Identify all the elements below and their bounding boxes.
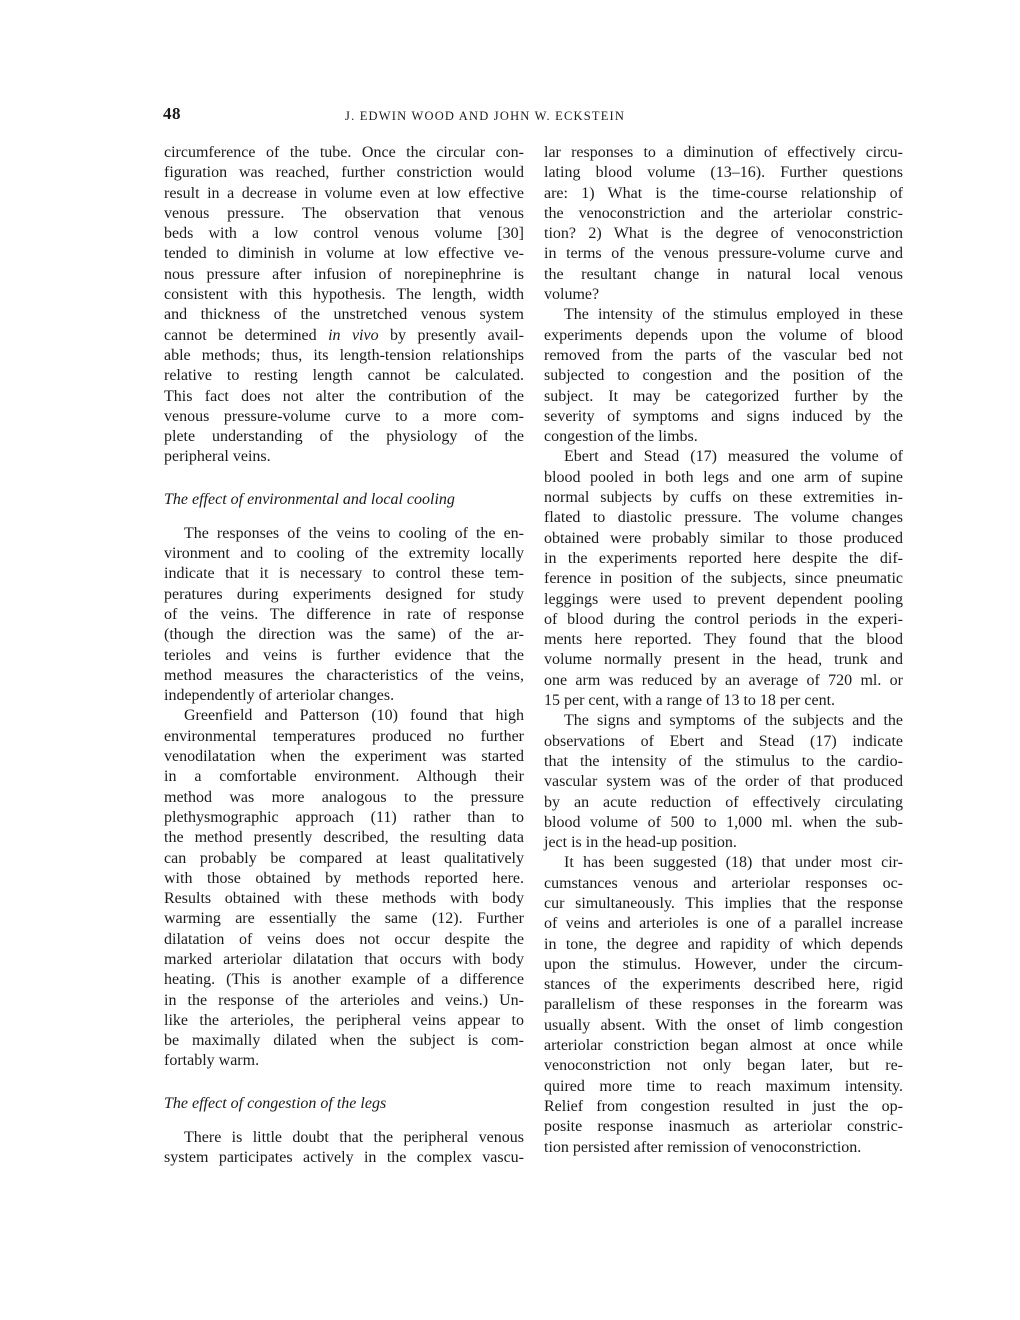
text-line: observations of Ebert and Stead (17) ind… (544, 732, 903, 752)
text-line: obtained were probably similar to those … (544, 529, 903, 549)
text-line: warming are essentially the same (12). F… (164, 909, 524, 929)
paragraph: The intensity of the stimulus employed i… (544, 305, 903, 447)
text-line: (though the direction was the same) of t… (164, 625, 524, 645)
text-line: consistent with this hypothesis. The len… (164, 285, 524, 305)
paragraph: The signs and symptoms of the subjects a… (544, 711, 903, 853)
text-line: can probably be compared at least qualit… (164, 849, 524, 869)
text-line: tended to diminish in volume at low effe… (164, 244, 524, 264)
text-line: peripheral veins. (164, 447, 524, 467)
text-line: beds with a low control venous volume [3… (164, 224, 524, 244)
text-line: method measures the characteristics of t… (164, 666, 524, 686)
text-line: usually absent. With the onset of limb c… (544, 1016, 903, 1036)
text-line: relative to resting length cannot be cal… (164, 366, 524, 386)
right-column: lar responses to a diminution of effecti… (544, 143, 903, 1158)
text-line: heating. (This is another example of a d… (164, 970, 524, 990)
text-line: congestion of the limbs. (544, 427, 903, 447)
text-line: subject. It may be categorized further b… (544, 387, 903, 407)
running-head: J. EDWIN WOOD AND JOHN W. ECKSTEIN (345, 109, 625, 124)
text-line: removed from the parts of the vascular b… (544, 346, 903, 366)
text-line: circumference of the tube. Once the circ… (164, 143, 524, 163)
text-line: blood pooled in both legs and one arm of… (544, 468, 903, 488)
text-line: normal subjects by cuffs on these extrem… (544, 488, 903, 508)
paragraph: Ebert and Stead (17) measured the volume… (544, 447, 903, 711)
text-line: are: 1) What is the time-course relation… (544, 184, 903, 204)
text-line: 15 per cent, with a range of 13 to 18 pe… (544, 691, 903, 711)
text-line: figuration was reached, further constric… (164, 163, 524, 183)
text-line: volume normally present in the head, tru… (544, 650, 903, 670)
text-line: be maximally dilated when the subject is… (164, 1031, 524, 1051)
text-line: in a comfortable environment. Although t… (164, 767, 524, 787)
text-line: Results obtained with these methods with… (164, 889, 524, 909)
page-number: 48 (163, 104, 181, 124)
text-line: This fact does not alter the contributio… (164, 387, 524, 407)
paragraph: circumference of the tube. Once the circ… (164, 143, 524, 468)
text-line: cannot be determined in vivo by presentl… (164, 326, 524, 346)
text-line: fortably warm. (164, 1051, 524, 1071)
section-heading-congestion: The effect of congestion of the legs (164, 1094, 524, 1114)
text-line: lar responses to a diminution of effecti… (544, 143, 903, 163)
text-line: tion? 2) What is the degree of venoconst… (544, 224, 903, 244)
text-line: cumstances venous and arteriolar respons… (544, 874, 903, 894)
text-line: plete understanding of the physiology of… (164, 427, 524, 447)
text-line: nous pressure after infusion of norepine… (164, 265, 524, 285)
text-line: The responses of the veins to cooling of… (164, 524, 524, 544)
text-line: posite response inasmuch as arteriolar c… (544, 1117, 903, 1137)
text-line: ference in position of the subjects, sin… (544, 569, 903, 589)
text-line: one arm was reduced by an average of 720… (544, 671, 903, 691)
text-line: upon the stimulus. However, under the ci… (544, 955, 903, 975)
text-line: lating blood volume (13–16). Further que… (544, 163, 903, 183)
section-heading-cooling: The effect of environmental and local co… (164, 490, 524, 510)
text-line: by an acute reduction of effectively cir… (544, 793, 903, 813)
text-line: Ebert and Stead (17) measured the volume… (544, 447, 903, 467)
paragraph: The responses of the veins to cooling of… (164, 524, 524, 707)
text-line: that the intensity of the stimulus to th… (544, 752, 903, 772)
text-line: ject is in the head-up position. (544, 833, 903, 853)
text-line: ments here reported. They found that the… (544, 630, 903, 650)
text-line: dilatation of veins does not occur despi… (164, 930, 524, 950)
text-line: venous pressure-volume curve to a more c… (164, 407, 524, 427)
text-line: cur simultaneously. This implies that th… (544, 894, 903, 914)
left-column: circumference of the tube. Once the circ… (164, 143, 524, 1168)
text-line: Greenfield and Patterson (10) found that… (164, 706, 524, 726)
text-line: in terms of the venous pressure-volume c… (544, 244, 903, 264)
text-line: the venoconstriction and the arteriolar … (544, 204, 903, 224)
text-line: blood volume of 500 to 1,000 ml. when th… (544, 813, 903, 833)
text-line: in the experiments reported here despite… (544, 549, 903, 569)
text-line: tion persisted after remission of venoco… (544, 1138, 903, 1158)
text-line: like the arterioles, the peripheral vein… (164, 1011, 524, 1031)
paragraph: Greenfield and Patterson (10) found that… (164, 706, 524, 1071)
text-line: able methods; thus, its length-tension r… (164, 346, 524, 366)
text-line: The signs and symptoms of the subjects a… (544, 711, 903, 731)
paragraph: There is little doubt that the periphera… (164, 1128, 524, 1169)
text-line: terioles and veins is further evidence t… (164, 646, 524, 666)
text-line: volume? (544, 285, 903, 305)
text-line: venodilatation when the experiment was s… (164, 747, 524, 767)
text-line: venoconstriction not only began later, b… (544, 1056, 903, 1076)
text-line: venous pressure. The observation that ve… (164, 204, 524, 224)
italic-term: in vivo (328, 327, 379, 344)
text-line: There is little doubt that the periphera… (164, 1128, 524, 1148)
text-line: of veins and arterioles is one of a para… (544, 914, 903, 934)
text-line: flated to diastolic pressure. The volume… (544, 508, 903, 528)
text-line: indicate that it is necessary to control… (164, 564, 524, 584)
text-line: and thickness of the unstretched venous … (164, 305, 524, 325)
text-line: with those obtained by methods reported … (164, 869, 524, 889)
text-line: plethysmographic approach (11) rather th… (164, 808, 524, 828)
text-line: vascular system was of the order of that… (544, 772, 903, 792)
text-line: result in a decrease in volume even at l… (164, 184, 524, 204)
text-line: It has been suggested (18) that under mo… (544, 853, 903, 873)
text-line: the resultant change in natural local ve… (544, 265, 903, 285)
text-line: marked arteriolar dilatation that occurs… (164, 950, 524, 970)
text-line: of blood during the control periods in t… (544, 610, 903, 630)
text-line: subjected to congestion and the position… (544, 366, 903, 386)
text-line: severity of symptoms and signs induced b… (544, 407, 903, 427)
text-line: arteriolar constriction began almost at … (544, 1036, 903, 1056)
text-line: method was more analogous to the pressur… (164, 788, 524, 808)
text-line: parallelism of these responses in the fo… (544, 995, 903, 1015)
text-line: in tone, the degree and rapidity of whic… (544, 935, 903, 955)
text-line: peratures during experiments designed fo… (164, 585, 524, 605)
text-line: Relief from congestion resulted in just … (544, 1097, 903, 1117)
paragraph: It has been suggested (18) that under mo… (544, 853, 903, 1157)
text-line: independently of arteriolar changes. (164, 686, 524, 706)
text-line: stances of the experiments described her… (544, 975, 903, 995)
text-line: The intensity of the stimulus employed i… (544, 305, 903, 325)
text-line: vironment and to cooling of the extremit… (164, 544, 524, 564)
text-line: leggings were used to prevent dependent … (544, 590, 903, 610)
text-line: in the response of the arterioles and ve… (164, 991, 524, 1011)
text-line: system participates actively in the comp… (164, 1148, 524, 1168)
text-line: experiments depends upon the volume of b… (544, 326, 903, 346)
text-line: the method presently described, the resu… (164, 828, 524, 848)
paragraph: lar responses to a diminution of effecti… (544, 143, 903, 305)
text-line: of the veins. The difference in rate of … (164, 605, 524, 625)
text-line: quired more time to reach maximum intens… (544, 1077, 903, 1097)
text-line: environmental temperatures produced no f… (164, 727, 524, 747)
